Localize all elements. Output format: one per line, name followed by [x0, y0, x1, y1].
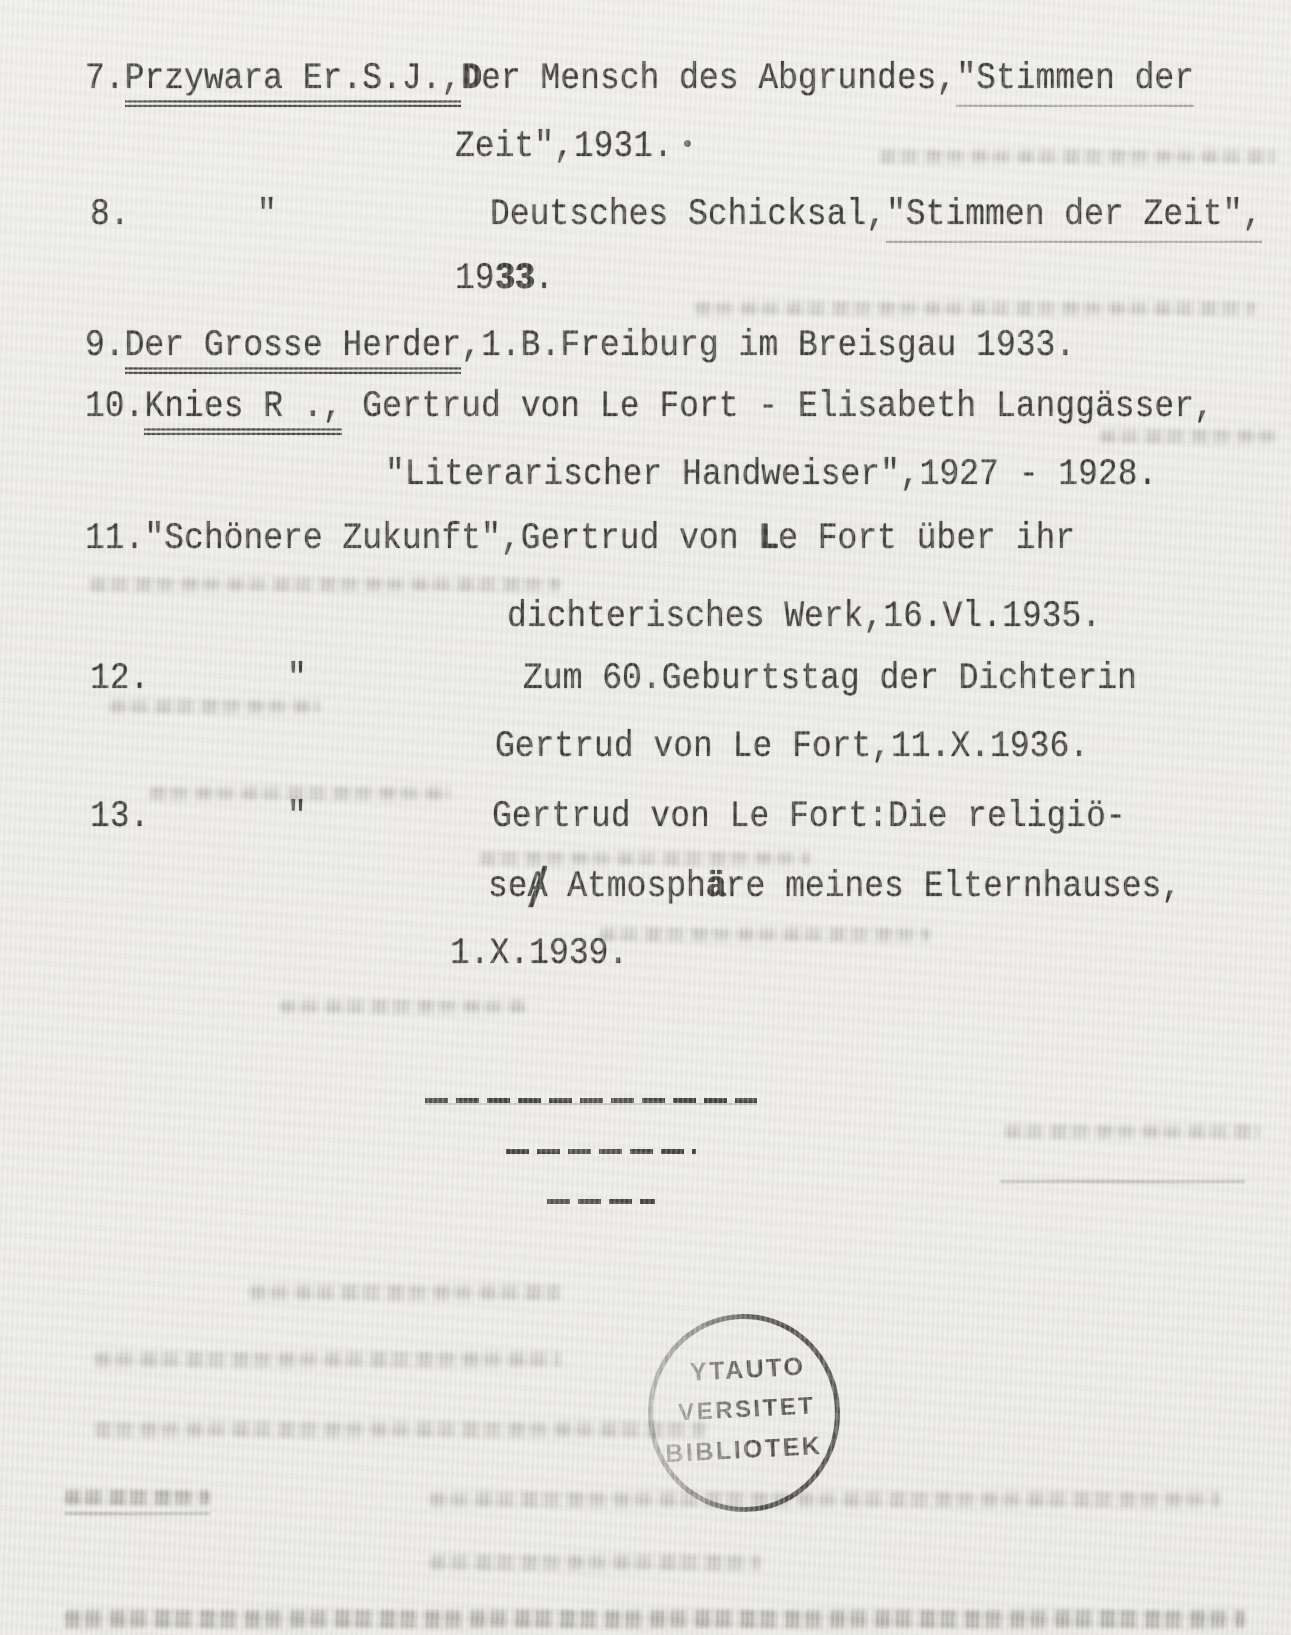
entry-number: 13. [90, 798, 149, 835]
bleedthrough-ghost-underline [65, 1512, 210, 1515]
title-continuation: Zeit",1931. [455, 126, 673, 167]
entry-number: 10. [85, 386, 144, 427]
title-text: 11."Schönere Zukunft",Gertrud von [85, 518, 758, 559]
author-underlined: Knies R ., [144, 386, 342, 435]
bleedthrough-ghost-line [480, 852, 810, 865]
bleedthrough-ghost-line [695, 302, 1255, 315]
bleedthrough-ghost-line [250, 1285, 560, 1300]
title-continuation: dichterisches Werk,16.Vl.1935. [507, 596, 1101, 637]
title-continuation: Gertrud von Le Fort,11.X.1936. [495, 726, 1089, 767]
bib-entry-11-line-1: 11."Schönere Zukunft",Gertrud von Le For… [85, 520, 1075, 557]
bleedthrough-ghost-line [880, 150, 1275, 163]
entry-number: 9. [85, 325, 125, 366]
overstruck-year-digits: 33 [495, 258, 535, 299]
title-part: Atmosph [547, 866, 705, 907]
bib-entry-8-line-2: 1933. [455, 260, 554, 297]
title-part: Deutsches Schicksal, [490, 194, 886, 235]
bleedthrough-ghost-line [280, 1000, 525, 1013]
scanned-bibliography-page: { "page": { "type": "scanned typewritten… [0, 0, 1291, 1635]
overstruck-letter: L [758, 518, 778, 559]
bib-entry-12-line-2: Gertrud von Le Fort,11.X.1936. [495, 728, 1089, 765]
bleedthrough-ghost-line [110, 700, 320, 713]
title-text: Zum 60.Geburtstag der Dichterin [523, 660, 1137, 697]
title-text: Deutsches Schicksal,"Stimmen der Zeit", [490, 196, 1262, 233]
bleedthrough-ghost-underline [1000, 1180, 1245, 1183]
overstruck-letter: ä [706, 866, 726, 907]
bib-entry-7-line-1: 7.Przywara Er.S.J.,Der Mensch des Abgrun… [85, 60, 1194, 97]
bib-entry-10-line-1: 10.Knies R ., Gertrud von Le Fort - Elis… [85, 388, 1214, 425]
divider-dash-line-short [547, 1199, 655, 1204]
bleedthrough-ghost-line [430, 1555, 760, 1570]
bib-entry-11-line-2: dichterisches Werk,16.Vl.1935. [507, 598, 1101, 635]
title-text: Gertrud von Le Fort - Elisabeth Langgäss… [342, 386, 1213, 427]
journal-title: "Stimmen der Zeit", [886, 194, 1262, 243]
bleedthrough-ghost-line [150, 787, 450, 800]
bleedthrough-ghost-line [95, 1352, 560, 1367]
bib-entry-13-line-2: seA Atmosphäre meines Elternhauses, [488, 868, 1181, 905]
author-underlined: Der Grosse Herder [125, 325, 462, 374]
entry-number: 7. [85, 58, 125, 99]
stamp-text: YTAUTO VERSITET BIBLIOTEK [645, 1345, 843, 1475]
overstruck-letter: D [461, 58, 481, 99]
entry-number: 12. [90, 660, 149, 697]
bleedthrough-ghost-line [65, 1610, 1245, 1628]
bleedthrough-ghost-line [600, 928, 930, 941]
bleedthrough-ghost-line [95, 1422, 705, 1437]
ditto-mark: " [287, 798, 307, 835]
bleedthrough-ghost-line [90, 578, 560, 591]
entry-number: 8. [90, 196, 130, 233]
title-part: se [488, 866, 528, 907]
title-text-tail: e Fort über ihr [778, 518, 1075, 559]
bleedthrough-ghost-line [1100, 430, 1275, 443]
divider-dash-line-long [425, 1098, 757, 1103]
journal-title: "Literarischer Handweiser",1927 - 1928. [385, 454, 1157, 495]
bib-entry-7-line-2: Zeit",1931. [455, 128, 673, 165]
ditto-mark: " [287, 660, 307, 697]
bib-entry-9: 9.Der Grosse Herder,1.B.Freiburg im Brei… [85, 327, 1075, 364]
ink-speck [684, 140, 691, 147]
ditto-mark: " [257, 196, 277, 233]
title-text: ,1.B.Freiburg im Breisgau 1933. [461, 325, 1075, 366]
bleedthrough-ghost-line [1005, 1125, 1260, 1138]
title-part: re meines Elternhauses, [726, 866, 1181, 907]
year-period: . [534, 258, 554, 299]
bib-entry-10-line-2: "Literarischer Handweiser",1927 - 1928. [385, 456, 1157, 493]
bleedthrough-ghost-line [65, 1490, 210, 1505]
year-prefix: 19 [455, 258, 495, 299]
author-underlined: Przywara Er.S.J., [125, 58, 462, 107]
title-text: er Mensch des Abgrundes, [481, 58, 956, 99]
title-text: Gertrud von Le Fort:Die religiö- [492, 798, 1126, 835]
struck-out-letter: A [528, 866, 548, 907]
divider-dash-line-medium [506, 1149, 696, 1154]
journal-title: "Stimmen der [956, 58, 1194, 107]
library-stamp: YTAUTO VERSITET BIBLIOTEK [643, 1309, 845, 1517]
